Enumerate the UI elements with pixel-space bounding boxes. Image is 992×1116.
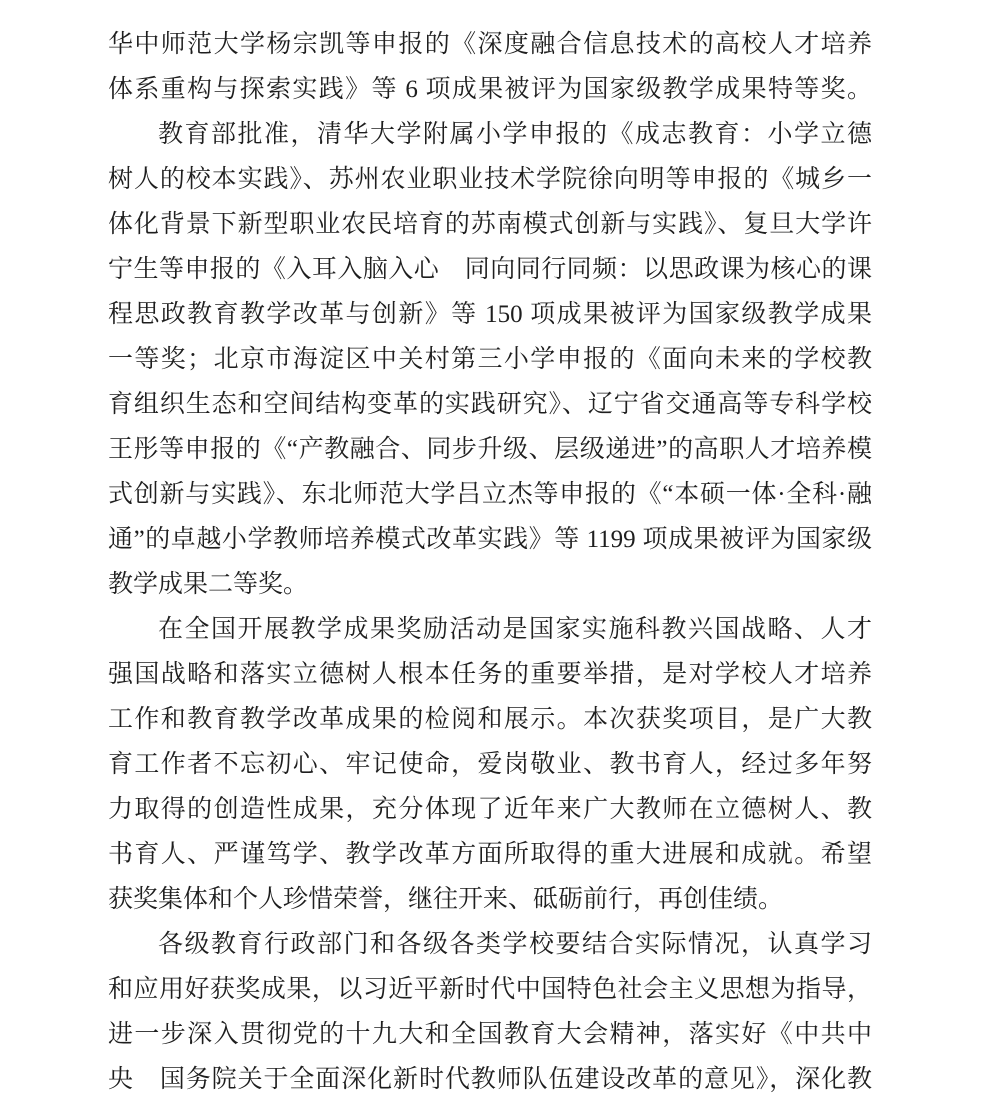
text-line: 各级教育行政部门和各级各类学校要结合实际情况，认真学习 (108, 922, 872, 967)
text-line: 央 国务院关于全面深化新时代教师队伍建设改革的意见》，深化教 (108, 1057, 872, 1102)
text-line: 体化背景下新型职业农民培育的苏南模式创新与实践》、复旦大学许 (108, 202, 872, 247)
text-line: 获奖集体和个人珍惜荣誉，继往开来、砥砺前行，再创佳绩。 (108, 877, 872, 922)
text-line: 一等奖；北京市海淀区中关村第三小学申报的《面向未来的学校教 (108, 337, 872, 382)
text-line: 和应用好获奖成果，以习近平新时代中国特色社会主义思想为指导， (108, 967, 872, 1012)
text-line: 程思政教育教学改革与创新》等 150 项成果被评为国家级教学成果 (108, 292, 872, 337)
text-line: 式创新与实践》、东北师范大学吕立杰等申报的《“本硕一体·全科·融 (108, 472, 872, 517)
text-line: 育组织生态和空间结构变革的实践研究》、辽宁省交通高等专科学校 (108, 382, 872, 427)
text-line: 工作和教育教学改革成果的检阅和展示。本次获奖项目，是广大教 (108, 697, 872, 742)
text-line: 树人的校本实践》、苏州农业职业技术学院徐向明等申报的《城乡一 (108, 157, 872, 202)
text-line: 教育部批准，清华大学附属小学申报的《成志教育：小学立德 (108, 112, 872, 157)
text-line: 通”的卓越小学教师培养模式改革实践》等 1199 项成果被评为国家级 (108, 517, 872, 562)
text-line: 进一步深入贯彻党的十九大和全国教育大会精神，落实好《中共中 (108, 1012, 872, 1057)
text-line: 在全国开展教学成果奖励活动是国家实施科教兴国战略、人才 (108, 607, 872, 652)
text-line: 王彤等申报的《“产教融合、同步升级、层级递进”的高职人才培养模 (108, 427, 872, 472)
text-line: 育工作者不忘初心、牢记使命，爱岗敬业、教书育人，经过多年努 (108, 742, 872, 787)
text-line: 宁生等申报的《入耳入脑入心 同向同行同频：以思政课为核心的课 (108, 247, 872, 292)
text-line: 强国战略和落实立德树人根本任务的重要举措，是对学校人才培养 (108, 652, 872, 697)
text-line: 力取得的创造性成果，充分体现了近年来广大教师在立德树人、教 (108, 787, 872, 832)
document-body: 华中师范大学杨宗凯等申报的《深度融合信息技术的高校人才培养体系重构与探索实践》等… (108, 22, 872, 1102)
text-line: 华中师范大学杨宗凯等申报的《深度融合信息技术的高校人才培养 (108, 22, 872, 67)
text-line: 书育人、严谨笃学、教学改革方面所取得的重大进展和成就。希望 (108, 832, 872, 877)
document-page: 华中师范大学杨宗凯等申报的《深度融合信息技术的高校人才培养体系重构与探索实践》等… (0, 0, 992, 1116)
text-line: 体系重构与探索实践》等 6 项成果被评为国家级教学成果特等奖。 (108, 67, 872, 112)
text-line: 教学成果二等奖。 (108, 562, 872, 607)
